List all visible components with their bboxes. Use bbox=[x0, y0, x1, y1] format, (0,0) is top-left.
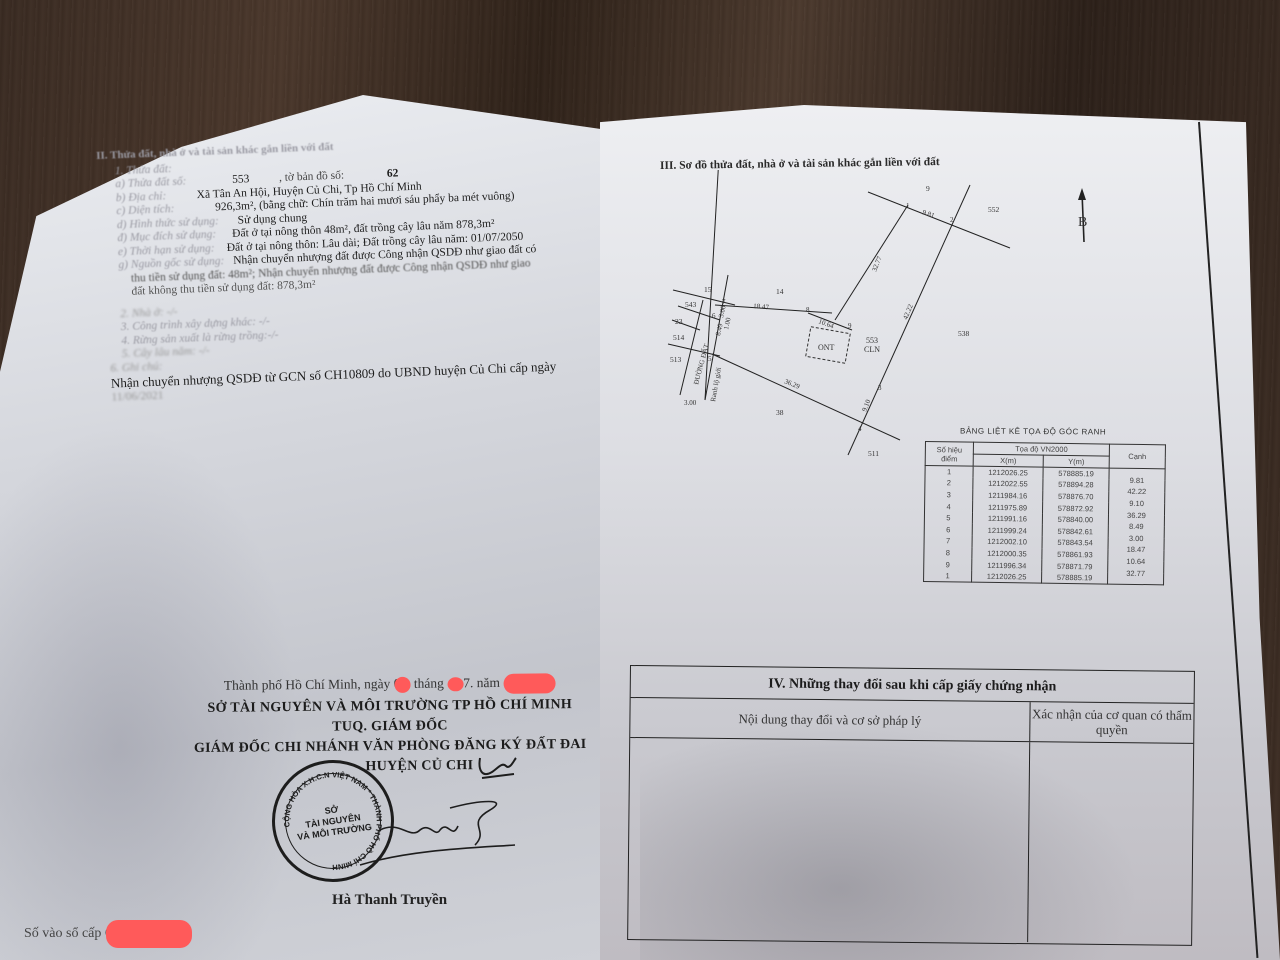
coordinate-table-title: BẢNG LIỆT KÊ TỌA ĐỘ GÓC RANH bbox=[960, 426, 1106, 436]
month-label: tháng bbox=[414, 676, 444, 691]
svg-text:36.29: 36.29 bbox=[783, 377, 801, 391]
edge-length: 9.81 bbox=[1109, 468, 1165, 480]
point-id: 8 bbox=[924, 547, 972, 559]
x-coordinate: 1211996.34 bbox=[972, 559, 1042, 572]
signature-block: Thành phố Hồ Chí Minh, ngày 0 tháng 7. n… bbox=[169, 673, 610, 778]
point-id: 1 bbox=[924, 570, 972, 582]
svg-text:8: 8 bbox=[806, 306, 810, 314]
point-id: 5 bbox=[924, 512, 972, 524]
map-sheet-number: 62 bbox=[347, 167, 399, 181]
year-label: năm bbox=[477, 675, 500, 690]
place-date-line: Thành phố Hồ Chí Minh, ngày 0 tháng 7. n… bbox=[169, 673, 609, 698]
y-coordinate: 578885.19 bbox=[1042, 571, 1108, 584]
change-content-cell bbox=[628, 738, 1030, 942]
usage-form: Sử dụng chung bbox=[237, 211, 307, 226]
x-coordinate: 1212002.10 bbox=[972, 536, 1042, 549]
svg-text:B: B bbox=[1078, 215, 1087, 230]
svg-text:552: 552 bbox=[988, 205, 1000, 214]
svg-text:Ranh lộ giới: Ranh lộ giới bbox=[709, 367, 723, 403]
section-2-parcel-info: II. Thửa đất, nhà ở và tài sản khác gắn … bbox=[96, 131, 605, 406]
signer-name: Hà Thanh Truyền bbox=[332, 892, 447, 909]
svg-text:538: 538 bbox=[958, 329, 970, 338]
registry-number-line: Số vào sổ cấp GCN: bbox=[24, 920, 192, 948]
svg-text:9.10: 9.10 bbox=[860, 398, 872, 413]
svg-text:23: 23 bbox=[675, 317, 683, 326]
y-coordinate: 578840.00 bbox=[1042, 514, 1108, 527]
svg-text:14: 14 bbox=[776, 287, 784, 296]
point-id: 3 bbox=[925, 489, 973, 501]
section-4-changes-table: IV. Những thay đổi sau khi cấp giấy chứn… bbox=[627, 665, 1195, 946]
header-x: X(m) bbox=[973, 454, 1043, 467]
north-arrow-icon: B bbox=[1072, 188, 1096, 248]
y-coordinate: 578842.61 bbox=[1042, 525, 1108, 538]
x-coordinate: 1212026.25 bbox=[972, 571, 1042, 584]
initial-mark bbox=[476, 752, 520, 782]
svg-text:9: 9 bbox=[848, 322, 852, 330]
header-point: Số hiệu điểm bbox=[925, 442, 973, 467]
svg-text:32.77: 32.77 bbox=[870, 255, 884, 273]
org-line-3: GIÁM ĐỐC CHI NHÁNH VĂN PHÒNG ĐĂNG KÝ ĐẤT… bbox=[170, 737, 610, 758]
svg-text:ONT: ONT bbox=[818, 343, 835, 352]
map-sheet-label: , tờ bản đồ số: bbox=[279, 169, 345, 183]
point-id: 1 bbox=[925, 466, 973, 478]
x-coordinate: 1212022.55 bbox=[973, 478, 1043, 491]
point-id: 2 bbox=[925, 477, 973, 489]
svg-text:3: 3 bbox=[878, 384, 882, 392]
org-line-2: TUQ. GIÁM ĐỐC bbox=[170, 717, 610, 738]
svg-text:2: 2 bbox=[950, 216, 954, 224]
column-authority-confirmation: Xác nhận của cơ quan có thẩm quyền bbox=[1030, 702, 1193, 743]
svg-text:4: 4 bbox=[858, 425, 862, 433]
svg-text:553: 553 bbox=[866, 336, 878, 345]
month-partial: 7 bbox=[463, 675, 470, 690]
redaction-day bbox=[394, 677, 410, 693]
x-coordinate: 1211991.16 bbox=[972, 513, 1042, 526]
point-id: 9 bbox=[924, 558, 972, 570]
y-coordinate: 578885.19 bbox=[1043, 467, 1109, 480]
x-coordinate: 1211999.24 bbox=[972, 524, 1042, 537]
svg-text:10.64: 10.64 bbox=[817, 317, 835, 330]
y-coordinate: 578871.79 bbox=[1042, 560, 1108, 573]
handwritten-signature bbox=[340, 790, 520, 870]
column-change-content: Nội dung thay đổi và cơ sở pháp lý bbox=[630, 698, 1030, 741]
redaction-registry bbox=[106, 920, 192, 948]
point-id: 6 bbox=[924, 523, 972, 535]
y-coordinate: 578894.28 bbox=[1043, 479, 1109, 492]
x-coordinate: 1211984.16 bbox=[973, 489, 1043, 502]
svg-text:6: 6 bbox=[712, 312, 716, 320]
svg-text:1: 1 bbox=[906, 202, 910, 210]
header-y: Y(m) bbox=[1043, 455, 1109, 468]
coordinate-table: Số hiệu điểm Tọa độ VN2000 Cạnh X(m) Y(m… bbox=[923, 441, 1166, 585]
org-line-1: SỞ TÀI NGUYÊN VÀ MÔI TRƯỜNG TP HỒ CHÍ MI… bbox=[170, 697, 610, 718]
svg-text:1.00: 1.00 bbox=[722, 316, 732, 330]
point-id: 4 bbox=[925, 500, 973, 512]
svg-text:9: 9 bbox=[926, 184, 930, 193]
svg-text:7: 7 bbox=[722, 298, 726, 306]
redaction-month bbox=[447, 677, 463, 691]
svg-text:3.00: 3.00 bbox=[684, 399, 697, 407]
svg-text:38: 38 bbox=[776, 408, 784, 417]
svg-text:ĐƯỜNG ĐẤT: ĐƯỜNG ĐẤT bbox=[692, 342, 711, 385]
svg-text:3.00: 3.00 bbox=[717, 304, 727, 318]
svg-text:18.47: 18.47 bbox=[753, 302, 770, 311]
svg-text:511: 511 bbox=[868, 449, 879, 458]
y-coordinate: 578876.70 bbox=[1043, 490, 1109, 503]
svg-text:5: 5 bbox=[708, 355, 712, 363]
svg-text:513: 513 bbox=[670, 355, 682, 364]
redaction-year bbox=[503, 673, 555, 694]
parcel-diagram: 9552151454323514513538385111234567899.81… bbox=[640, 170, 1040, 470]
y-coordinate: 578861.93 bbox=[1042, 548, 1108, 561]
svg-text:514: 514 bbox=[673, 333, 685, 342]
notes-line-2: 11/06/2021 bbox=[111, 390, 163, 404]
svg-text:543: 543 bbox=[685, 300, 697, 309]
y-coordinate: 578872.92 bbox=[1042, 502, 1108, 515]
svg-text:CLN: CLN bbox=[864, 345, 880, 354]
svg-text:15: 15 bbox=[704, 285, 712, 294]
header-edge: Cạnh bbox=[1109, 444, 1165, 469]
point-id: 7 bbox=[924, 535, 972, 547]
y-coordinate: 578843.54 bbox=[1042, 537, 1108, 550]
x-coordinate: 1212000.35 bbox=[972, 547, 1042, 560]
x-coordinate: 1212026.25 bbox=[973, 466, 1043, 479]
x-coordinate: 1211975.89 bbox=[973, 501, 1043, 514]
place-date-prefix: Thành phố Hồ Chí Minh, ngày bbox=[224, 676, 391, 693]
